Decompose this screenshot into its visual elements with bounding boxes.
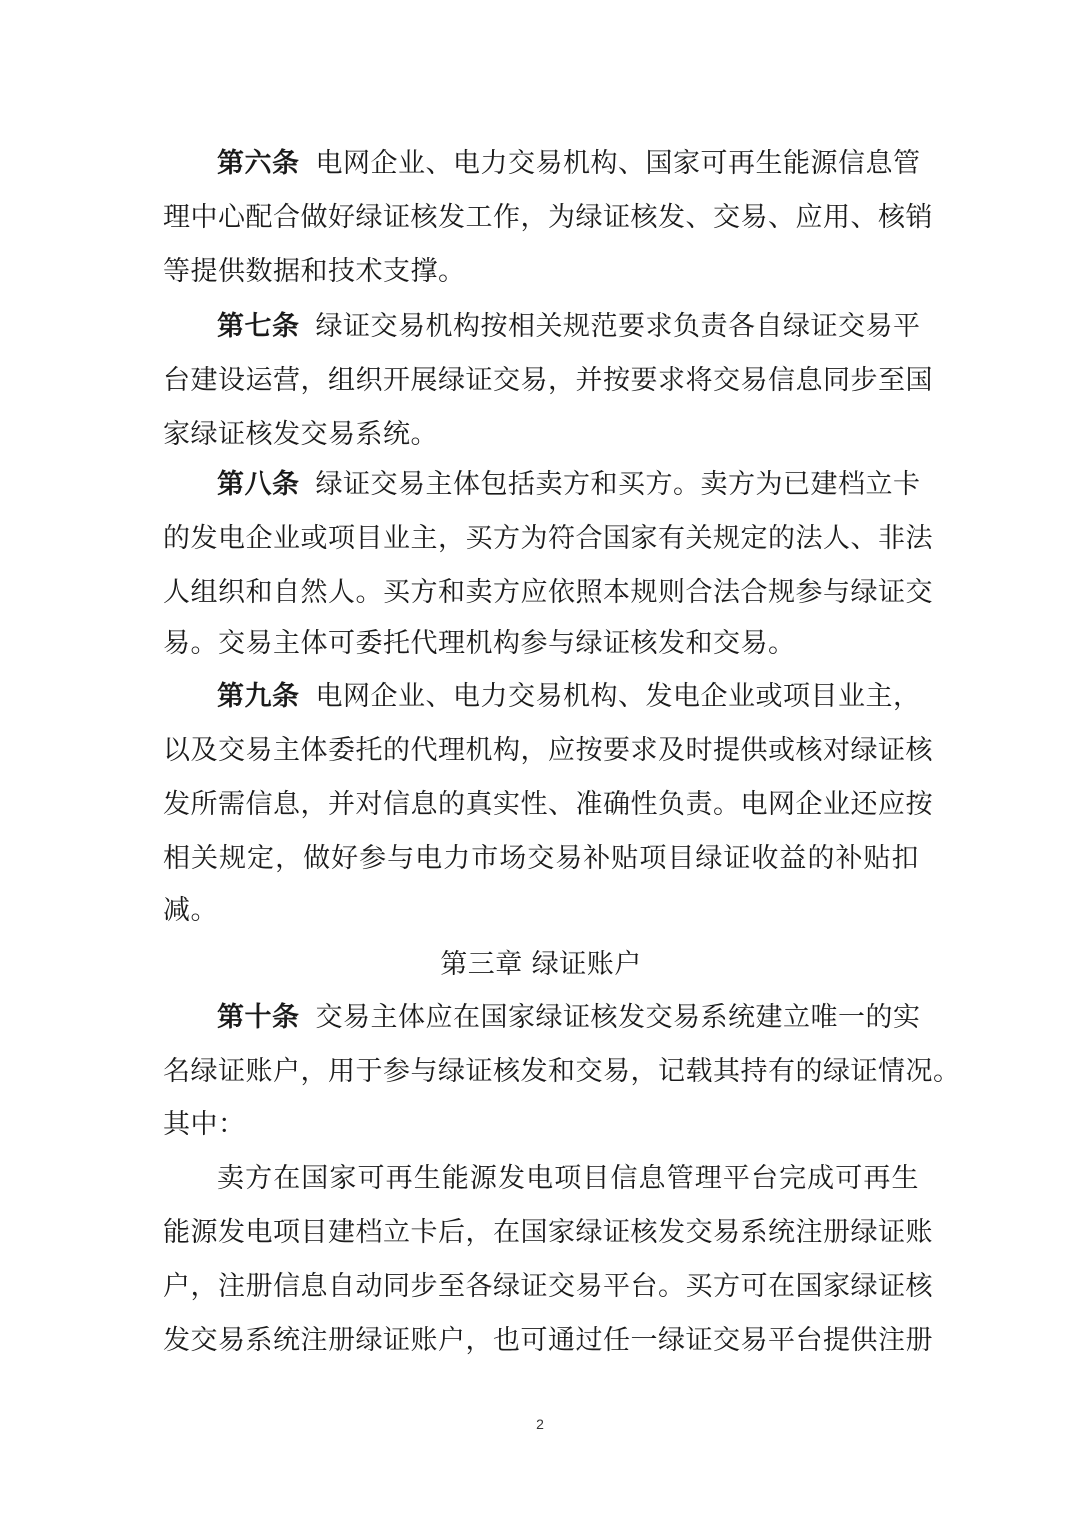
article-9-line-3: 发所需信息，并对信息的真实性、准确性负责。电网企业还应按 [163, 785, 919, 825]
paragraph-line-4: 发交易系统注册绿证账户，也可通过任一绿证交易平台提供注册 [163, 1321, 919, 1361]
article-7-line-1: 第七条绿证交易机构按相关规范要求负责各自绿证交易平 [217, 307, 919, 347]
article-10-label: 第十条 [217, 1002, 300, 1033]
article-7-line-3: 家绿证核发交易系统。 [163, 415, 919, 455]
article-9-label: 第九条 [217, 681, 300, 712]
article-10-line-2: 名绿证账户，用于参与绿证核发和交易，记载其持有的绿证情况。 [163, 1052, 919, 1092]
article-9-line-5: 减。 [163, 891, 919, 931]
article-10-line-1: 第十条交易主体应在国家绿证核发交易系统建立唯一的实 [217, 998, 919, 1038]
article-6-label: 第六条 [217, 148, 300, 179]
paragraph-line-3: 户，注册信息自动同步至各绿证交易平台。买方可在国家绿证核 [163, 1267, 919, 1307]
article-8-line-3: 人组织和自然人。买方和卖方应依照本规则合法合规参与绿证交 [163, 573, 919, 613]
article-8-line-4: 易。交易主体可委托代理机构参与绿证核发和交易。 [163, 624, 919, 664]
paragraph-line-2: 能源发电项目建档立卡后，在国家绿证核发交易系统注册绿证账 [163, 1213, 919, 1253]
article-6-line-3: 等提供数据和技术支撑。 [163, 252, 919, 292]
article-8-line-2: 的发电企业或项目业主，买方为符合国家有关规定的法人、非法 [163, 519, 919, 559]
article-8-label: 第八条 [217, 469, 300, 500]
article-9-line-4: 相关规定，做好参与电力市场交易补贴项目绿证收益的补贴扣 [163, 839, 919, 879]
document-page: 第六条电网企业、电力交易机构、国家可再生能源信息管 理中心配合做好绿证核发工作，… [0, 0, 1080, 1527]
article-7-line-2: 台建设运营，组织开展绿证交易，并按要求将交易信息同步至国 [163, 361, 919, 401]
paragraph-line-1: 卖方在国家可再生能源发电项目信息管理平台完成可再生 [217, 1159, 919, 1199]
article-6-line-1: 第六条电网企业、电力交易机构、国家可再生能源信息管 [217, 144, 919, 184]
article-7-label: 第七条 [217, 311, 300, 342]
article-9-line-1: 第九条电网企业、电力交易机构、发电企业或项目业主， [217, 677, 919, 717]
chapter-heading: 第三章 绿证账户 [163, 945, 919, 985]
article-6-line-2: 理中心配合做好绿证核发工作，为绿证核发、交易、应用、核销 [163, 198, 919, 238]
article-8-line-1: 第八条绿证交易主体包括卖方和买方。卖方为已建档立卡 [217, 465, 919, 505]
page-number: 2 [0, 1416, 1080, 1432]
article-9-line-2: 以及交易主体委托的代理机构，应按要求及时提供或核对绿证核 [163, 731, 919, 771]
article-10-line-3: 其中： [163, 1105, 919, 1145]
